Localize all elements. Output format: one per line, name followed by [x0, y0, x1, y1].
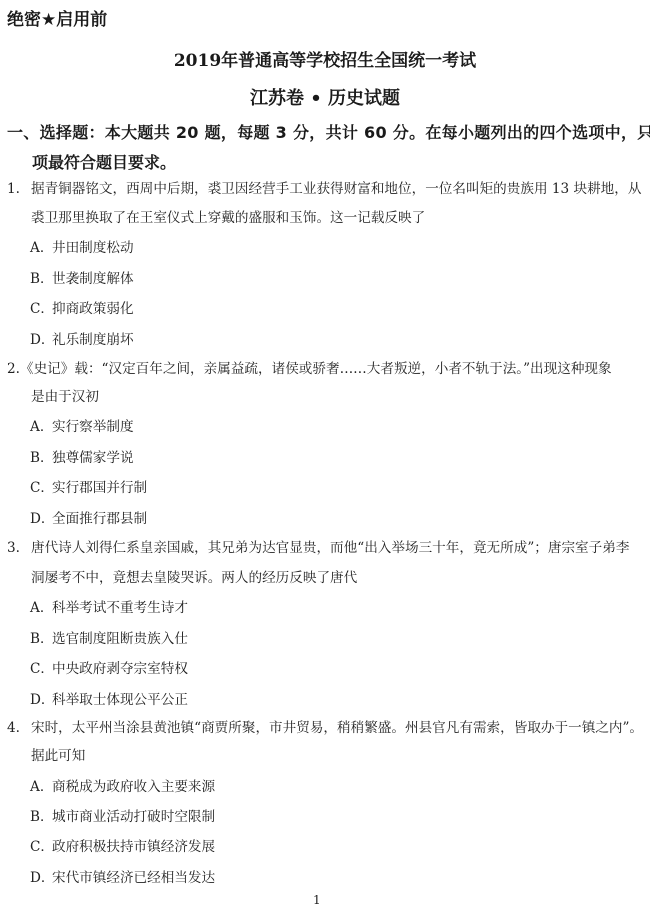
option-text: 全面推行郡县制 — [52, 511, 147, 527]
option-text: 礼乐制度崩坏 — [52, 332, 134, 348]
option-letter: D． — [30, 507, 52, 527]
option-text: 商税成为政府收入主要来源 — [52, 779, 215, 795]
exam-title: 2019年普通高等学校招生全国统一考试 — [0, 46, 650, 71]
question-stem-line2: 洞屡考不中，竟想去皇陵哭诉。两人的经历反映了唐代 — [31, 566, 357, 586]
question-stem-line1: 3.唐代诗人刘得仁系皇亲国戚，其兄弟为达官显贵，而他“出入举场三十年，竟无所成”… — [7, 536, 629, 556]
question-number: 1. — [7, 181, 31, 197]
option-letter: A． — [30, 775, 52, 795]
option-letter: C． — [30, 476, 52, 496]
option-a: A．实行察举制度 — [30, 415, 134, 435]
option-text: 科举考试不重考生诗才 — [52, 600, 188, 616]
option-text: 独尊儒家学说 — [52, 450, 134, 466]
option-letter: D． — [30, 328, 52, 348]
option-text: 政府积极扶持市镇经济发展 — [52, 839, 215, 855]
option-d: D．全面推行郡县制 — [30, 507, 147, 527]
option-text: 井田制度松动 — [52, 240, 134, 256]
option-text: 世袭制度解体 — [52, 271, 134, 287]
section-instructions-line2: 项最符合题目要求。 — [32, 150, 176, 173]
option-letter: C． — [30, 835, 52, 855]
option-letter: D． — [30, 688, 52, 708]
option-d: D．科举取士体现公平公正 — [30, 688, 188, 708]
question-number: 3. — [7, 540, 31, 556]
option-text: 科举取士体现公平公正 — [52, 692, 188, 708]
exam-subtitle: 江苏卷 • 历史试题 — [0, 84, 650, 110]
question-number: 4. — [7, 720, 31, 736]
option-letter: B． — [30, 446, 52, 466]
page-number: 1 — [313, 893, 321, 907]
question-text: 《史记》载：“汉定百年之间，亲属益疏，诸侯或骄奢……大者叛逆，小者不轨于法。”出… — [20, 361, 612, 377]
question-stem-line2: 是由于汉初 — [31, 385, 99, 405]
question-text: 宋时，太平州当涂县黄池镇“商贾所聚，市井贸易，稍稍繁盛。州县官凡有需索，皆取办于… — [31, 720, 643, 736]
option-letter: D． — [30, 866, 52, 886]
option-a: A．科举考试不重考生诗才 — [30, 596, 188, 616]
option-letter: A． — [30, 415, 52, 435]
option-b: B．独尊儒家学说 — [30, 446, 134, 466]
option-c: C．抑商政策弱化 — [30, 297, 134, 317]
option-c: C．实行郡国并行制 — [30, 476, 147, 496]
confidential-label: 绝密★启用前 — [7, 5, 107, 30]
question-stem-line2: 据此可知 — [31, 744, 85, 764]
option-a: A．商税成为政府收入主要来源 — [30, 775, 215, 795]
option-d: D．宋代市镇经济已经相当发达 — [30, 866, 215, 886]
option-letter: B． — [30, 805, 52, 825]
option-c: C．政府积极扶持市镇经济发展 — [30, 835, 215, 855]
option-text: 宋代市镇经济已经相当发达 — [52, 870, 215, 886]
question-text: 据青铜器铭文，西周中后期，裘卫因经营手工业获得财富和地位，一位名叫矩的贵族用 1… — [31, 181, 641, 197]
option-letter: C． — [30, 657, 52, 677]
option-text: 实行郡国并行制 — [52, 480, 147, 496]
question-stem-line1: 1.据青铜器铭文，西周中后期，裘卫因经营手工业获得财富和地位，一位名叫矩的贵族用… — [7, 177, 641, 197]
option-letter: A． — [30, 596, 52, 616]
option-text: 选官制度阻断贵族入仕 — [52, 631, 188, 647]
section-instructions-line1: 一、选择题：本大题共 20 题，每题 3 分，共计 60 分。在每小题列出的四个… — [7, 120, 650, 143]
option-letter: C． — [30, 297, 52, 317]
option-letter: B． — [30, 627, 52, 647]
option-b: B．世袭制度解体 — [30, 267, 134, 287]
option-b: B．选官制度阻断贵族入仕 — [30, 627, 188, 647]
option-text: 中央政府剥夺宗室特权 — [52, 661, 188, 677]
question-stem-line2: 裘卫那里换取了在王室仪式上穿戴的盛服和玉饰。这一记载反映了 — [31, 206, 425, 226]
option-letter: A． — [30, 236, 52, 256]
option-a: A．井田制度松动 — [30, 236, 134, 256]
option-c: C．中央政府剥夺宗室特权 — [30, 657, 188, 677]
option-text: 城市商业活动打破时空限制 — [52, 809, 215, 825]
option-letter: B． — [30, 267, 52, 287]
question-stem-line1: 2.《史记》载：“汉定百年之间，亲属益疏，诸侯或骄奢……大者叛逆，小者不轨于法。… — [7, 357, 612, 377]
option-text: 实行察举制度 — [52, 419, 134, 435]
question-number: 2. — [7, 361, 20, 377]
question-stem-line1: 4.宋时，太平州当涂县黄池镇“商贾所聚，市井贸易，稍稍繁盛。州县官凡有需索，皆取… — [7, 716, 643, 736]
option-b: B．城市商业活动打破时空限制 — [30, 805, 215, 825]
option-d: D．礼乐制度崩坏 — [30, 328, 134, 348]
question-text: 唐代诗人刘得仁系皇亲国戚，其兄弟为达官显贵，而他“出入举场三十年，竟无所成”；唐… — [31, 540, 629, 556]
option-text: 抑商政策弱化 — [52, 301, 134, 317]
